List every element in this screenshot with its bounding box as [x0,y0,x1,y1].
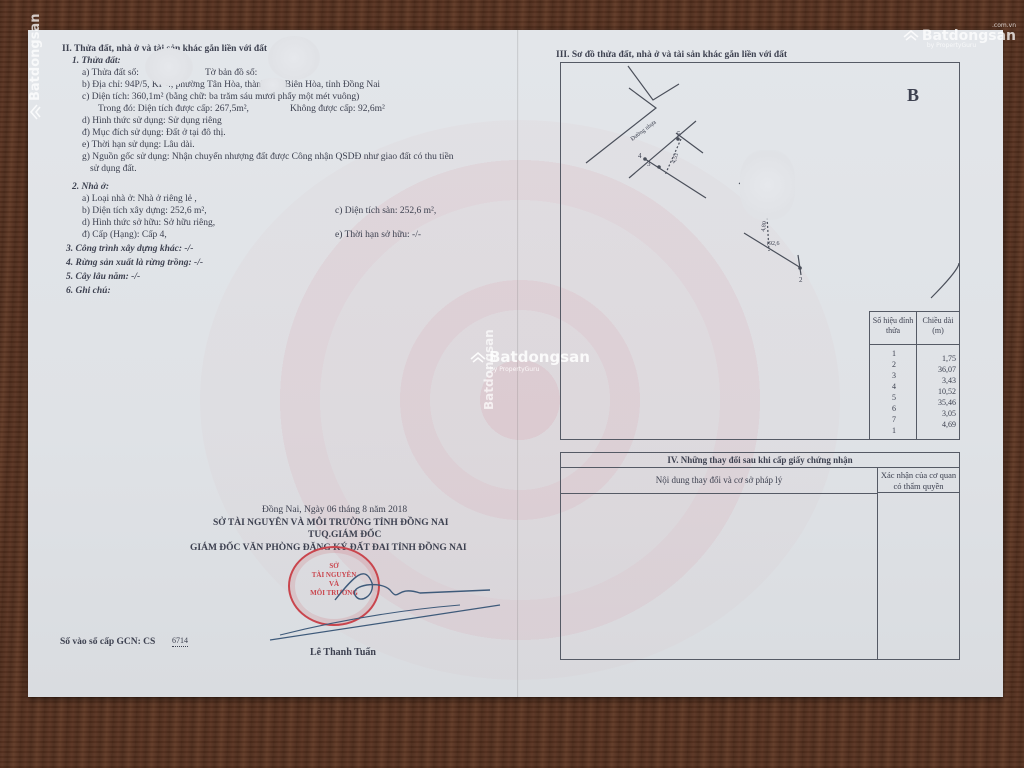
changes-table: IV. Những thay đổi sau khi cấp giấy chứn… [560,452,960,660]
vertex-label: 3 [647,159,651,170]
redaction-blur [145,48,193,86]
point-column: 1 2 3 4 5 6 7 1 [888,348,900,436]
table-header-length: Chiều dài (m) [917,312,959,348]
land-heading: 1. Thửa đất: [72,56,121,67]
land-usage-origin: g) Nguồn gốc sử dụng: Nhận chuyển nhượng… [82,152,454,163]
house-grade: đ) Cấp (Hạng): Cấp 4, [82,230,167,241]
land-usage-term: e) Thời hạn sử dụng: Lâu dài. [82,140,195,151]
section-3-title: III. Sơ đồ thửa đất, nhà ở và tài sản kh… [556,50,787,61]
land-usage-form: d) Hình thức sử dụng: Sử dụng riêng [82,116,222,127]
table-cell: 10,52 [920,386,956,397]
land-address: b) Địa chỉ: 94P/5, KP 4, phường Tân Hòa,… [82,80,380,91]
notes: 6. Ghi chú: [66,286,111,297]
table-header-point: Số hiệu đỉnh thửa [870,312,917,348]
brand-logo-icon [903,29,919,43]
brand-watermark-center-vertical: Batdongsan [482,329,496,410]
vertex-label: 2 [799,275,803,286]
house-floor-area: c) Diện tích sàn: 252,6 m², [335,206,436,217]
table-cell: 1 [888,348,900,359]
area-label: (92,6 [767,239,780,250]
compass-letter: B [907,85,919,105]
table-cell: 2 [888,359,900,370]
registry-label: Số vào sổ cấp GCN: CS [60,637,155,648]
length-column: 1,75 36,07 3,43 10,52 35,46 3,05 4,69 [920,353,956,430]
handwritten-signature [260,565,510,645]
house-heading: 2. Nhà ở: [72,182,109,193]
brand-name: Batdongsan [28,14,43,101]
changes-title: IV. Những thay đổi sau khi cấp giấy chứn… [561,453,959,468]
other-constructions: 3. Công trình xây dựng khác: -/- [66,244,193,255]
table-cell: 4 [888,381,900,392]
changes-header-content: Nội dung thay đổi và cơ sở pháp lý [561,468,878,494]
land-area-not-granted: Không được cấp: 92,6m² [290,104,385,115]
brand-watermark: Batdongsan .com.vn by PropertyGuru [903,28,1016,49]
table-cell: 3,05 [920,408,956,419]
registry-number: 6714 [172,635,188,647]
brand-name: Batdongsan [482,329,496,410]
issue-date: Đồng Nai, Ngày 06 tháng 8 năm 2018 [262,505,407,516]
table-cell: 3 [888,370,900,381]
table-cell: 3,43 [920,375,956,386]
brand-sub: by PropertyGuru [490,366,590,373]
redaction-blur [258,78,288,92]
table-cell: 4,69 [920,419,956,430]
land-area-granted: Trong đó: Diện tích được cấp: 267,5m², [98,104,249,115]
house-ownership: d) Hình thức sở hữu: Sở hữu riêng, [82,218,215,229]
land-map-sheet: Tờ bản đồ số: [205,68,257,79]
house-construction-area: b) Diện tích xây dựng: 252,6 m², [82,206,207,217]
perennial-trees: 5. Cây lâu năm: -/- [66,272,140,283]
table-cell: 1,75 [920,353,956,364]
issuing-authority: SỞ TÀI NGUYÊN VÀ MÔI TRƯỜNG TỈNH ĐỒNG NA… [213,518,448,529]
table-cell: 1 [888,425,900,436]
signer-role-1: TUQ.GIÁM ĐỐC [308,530,381,541]
vertex-label: 4 [638,151,642,162]
land-area: c) Diện tích: 360,1m² (bằng chữ: ba trăm… [82,92,359,103]
house-type: a) Loại nhà ở: Nhà ở riêng lẻ , [82,194,197,205]
house-ownership-term: e) Thời hạn sở hữu: -/- [335,230,421,241]
vertex-label: 5 [677,129,681,140]
dimension-label: 4,80 [759,221,772,233]
table-cell: 35,46 [920,397,956,408]
north-compass-icon: B [907,85,919,106]
changes-header-confirmation: Xác nhận của cơ quan có thẩm quyền [878,468,959,493]
edge-length-table: Số hiệu đỉnh thửa Chiều dài (m) 1 2 3 4 … [869,311,959,439]
table-cell: 5 [888,392,900,403]
brand-domain: .com.vn [992,22,1016,29]
table-cell: 7 [888,414,900,425]
table-cell: 6 [888,403,900,414]
brand-logo-icon [29,104,43,120]
signer-name: Lê Thanh Tuấn [310,647,376,658]
redaction-blur [268,36,320,80]
production-forest: 4. Rừng sản xuất là rừng trồng: -/- [66,258,203,269]
land-parcel-number: a) Thửa đất số: [82,68,139,79]
brand-name: Batdongsan [489,348,590,366]
land-usage-purpose: đ) Mục đích sử dụng: Đất ở tại đô thị. [82,128,226,139]
redaction-blur [740,150,795,220]
land-usage-origin-cont: sử dụng đất. [90,164,137,175]
table-cell: 36,07 [920,364,956,375]
brand-watermark-side: Batdongsan [28,14,43,120]
